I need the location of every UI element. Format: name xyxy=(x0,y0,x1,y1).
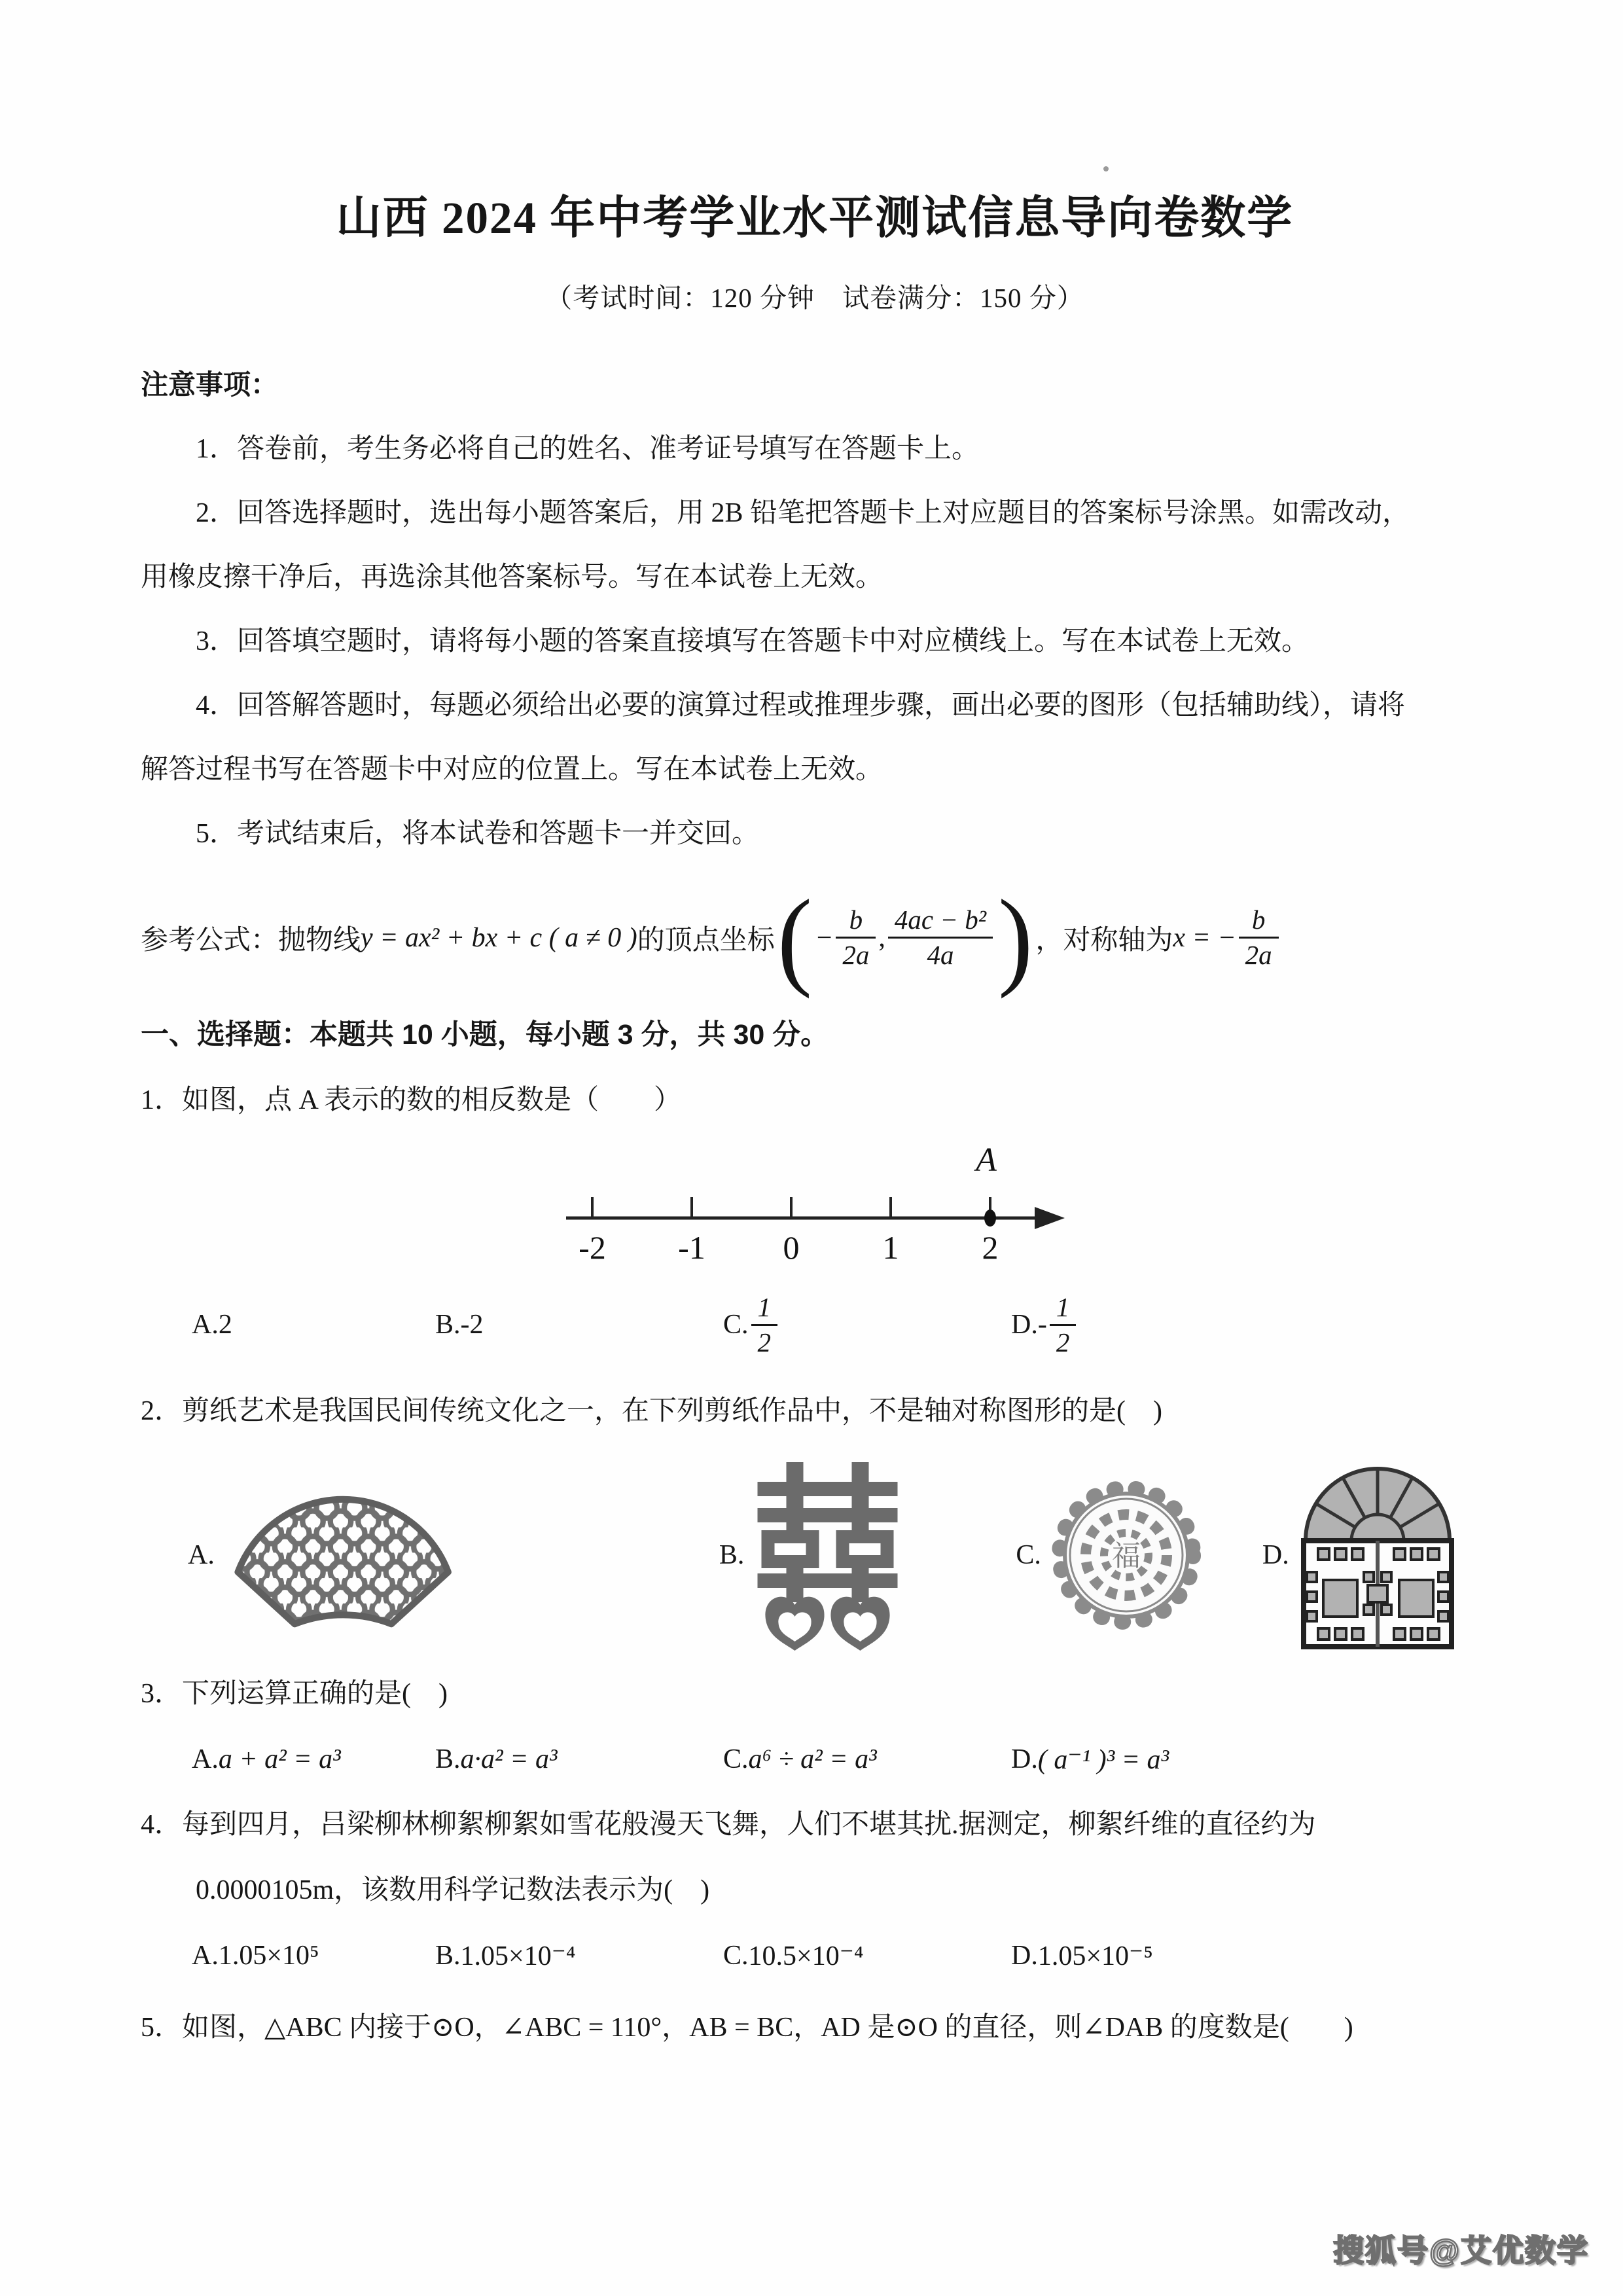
q2-option-c: C. 福 xyxy=(1009,1470,1205,1640)
axis-fraction: b 2a xyxy=(1239,903,1279,973)
q3-options: A.a + a² = a³ B.a·a² = a³ C.a⁶ ÷ a² = a³… xyxy=(141,1729,1489,1789)
option-fraction: 1 2 xyxy=(1050,1291,1077,1360)
tick-label: -1 xyxy=(678,1229,705,1266)
watermark-text: 搜狐号@艾优数学 xyxy=(1333,2227,1589,2270)
q1-option-b: B.-2 xyxy=(435,1309,723,1340)
page-title: 山西 2024 年中考学业水平测试信息导向卷数学 xyxy=(141,194,1489,243)
vertex-x-fraction: b 2a xyxy=(836,903,876,973)
q4-option-b: B.1.05×10⁻⁴ xyxy=(435,1939,723,1972)
q1-options: A.2 B.-2 C. 1 2 D. - 1 2 xyxy=(141,1274,1489,1376)
q3-option-a: A.a + a² = a³ xyxy=(192,1744,435,1775)
option-label: A. xyxy=(192,1744,219,1775)
q4-option-c: C.10.5×10⁻⁴ xyxy=(723,1939,1011,1972)
q2-stem: 2．剪纸艺术是我国民间传统文化之一，在下列剪纸作品中，不是轴对称图形的是( ) xyxy=(141,1378,1489,1444)
note-item-4-line-2: 解答过程书写在答题卡中对应的位置上。写在本试卷上无效。 xyxy=(141,738,1489,802)
papercut-double-happiness-image xyxy=(751,1457,904,1653)
option-value: 2 xyxy=(219,1309,232,1340)
q4-options: A.1.05×10⁵ B.1.05×10⁻⁴ C.10.5×10⁻⁴ D.1.0… xyxy=(141,1926,1489,1986)
scan-speck-dot xyxy=(1103,166,1109,171)
q2-option-b: B. xyxy=(719,1457,905,1653)
axis-arrowhead xyxy=(1035,1207,1065,1229)
note-item-4-line-1: 4．回答解答题时，每题必须给出必要的演算过程或推理步骤，画出必要的图形（包括辅助… xyxy=(141,673,1489,738)
option-value: a⁶ ÷ a² = a³ xyxy=(749,1744,877,1775)
reference-formula: 参考公式：抛物线 y = ax² + bx + c ( a ≠ 0 ) 的顶点坐… xyxy=(141,882,1489,994)
formula-parabola-expression: y = ax² + bx + c ( a ≠ 0 ) xyxy=(361,922,637,954)
number-line-figure: -2 -1 0 1 2 A xyxy=(553,1134,1077,1272)
fraction-denominator: 4a xyxy=(888,937,993,972)
q4-option-a: A.1.05×10⁵ xyxy=(192,1940,435,1971)
option-label: A. xyxy=(192,1309,219,1340)
formula-minus-sign: − xyxy=(815,922,833,954)
option-value: a·a² = a³ xyxy=(461,1744,558,1775)
medallion-center-character: 福 xyxy=(1112,1540,1141,1572)
formula-prefix: 参考公式：抛物线 xyxy=(141,918,361,958)
q1-option-c: C. 1 2 xyxy=(723,1291,1011,1360)
q1-stem: 1．如图，点 A 表示的数的相反数是（ ） xyxy=(141,1067,1489,1133)
fraction-numerator: 1 xyxy=(1050,1291,1077,1324)
option-label: D. xyxy=(1011,1940,1038,1971)
note-item-2-line-1: 2．回答选择题时，选出每小题答案后，用 2B 铅笔把答题卡上对应题目的答案标号涂… xyxy=(141,481,1489,545)
option-value: ( a⁻¹ )³ = a³ xyxy=(1038,1743,1169,1776)
option-value: 1.05×10⁻⁴ xyxy=(461,1939,576,1972)
q3-option-c: C.a⁶ ÷ a² = a³ xyxy=(723,1744,1011,1775)
option-label: A. xyxy=(192,1940,219,1971)
option-value: 10.5×10⁻⁴ xyxy=(749,1939,864,1972)
option-label: B. xyxy=(435,1940,461,1971)
exam-info-line: （考试时间：120 分钟 试卷满分：150 分） xyxy=(141,276,1489,315)
note-item-1: 1．答卷前，考生务必将自己的姓名、准考证号填写在答题卡上。 xyxy=(141,417,1489,481)
exam-paper-page: 山西 2024 年中考学业水平测试信息导向卷数学 （考试时间：120 分钟 试卷… xyxy=(0,0,1623,2296)
minus-sign: - xyxy=(1038,1309,1047,1340)
option-value: a + a² = a³ xyxy=(219,1744,341,1775)
fraction-numerator: b xyxy=(1239,903,1279,937)
papercut-window-image xyxy=(1296,1457,1459,1653)
papercut-medallion-image: 福 xyxy=(1048,1470,1205,1640)
option-label: B. xyxy=(719,1539,745,1571)
formula-vertex-label: 的顶点坐标 xyxy=(637,918,775,958)
option-fraction: 1 2 xyxy=(751,1291,778,1360)
q4-stem-line-2: 0.0000105m，该数用科学记数法表示为( ) xyxy=(141,1857,1489,1923)
option-value: -2 xyxy=(461,1309,484,1340)
tick-label: 0 xyxy=(783,1229,800,1266)
fraction-numerator: 1 xyxy=(751,1291,778,1324)
q2-option-a: A. xyxy=(188,1477,467,1634)
q2-options-images: A. B. xyxy=(141,1454,1489,1656)
tick-label: 2 xyxy=(982,1229,999,1266)
q3-option-b: B.a·a² = a³ xyxy=(435,1744,723,1775)
option-label: B. xyxy=(435,1309,461,1340)
option-label: C. xyxy=(1016,1539,1041,1571)
q3-option-d: D.( a⁻¹ )³ = a³ xyxy=(1011,1743,1169,1776)
option-label: D. xyxy=(1011,1744,1038,1775)
note-item-5: 5．考试结束后，将本试卷和答题卡一并交回。 xyxy=(141,802,1489,866)
note-item-2-line-2: 用橡皮擦干净后，再选涂其他答案标号。写在本试卷上无效。 xyxy=(141,545,1489,609)
q1-figure: -2 -1 0 1 2 A xyxy=(141,1134,1489,1272)
tick-label: -2 xyxy=(579,1229,606,1266)
point-a-dot xyxy=(984,1210,996,1227)
q5-stem: 5．如图，△ABC 内接于⊙O，∠ABC = 110°，AB = BC，AD 是… xyxy=(141,1995,1489,2060)
option-label: B. xyxy=(435,1744,461,1775)
fraction-denominator: 2 xyxy=(751,1324,778,1359)
q4-option-d: D.1.05×10⁻⁵ xyxy=(1011,1939,1153,1972)
q1-option-a: A.2 xyxy=(192,1309,435,1340)
option-value: 1.05×10⁻⁵ xyxy=(1038,1939,1153,1972)
formula-axis-equation: x = − xyxy=(1173,922,1236,954)
fraction-denominator: 2a xyxy=(836,937,876,972)
point-a-label: A xyxy=(974,1141,997,1179)
option-label: D. xyxy=(1011,1309,1038,1340)
option-label: C. xyxy=(723,1309,749,1340)
fraction-denominator: 2 xyxy=(1050,1324,1077,1359)
q1-option-d: D. - 1 2 xyxy=(1011,1291,1079,1360)
formula-comma: , xyxy=(878,922,885,954)
option-label: C. xyxy=(723,1940,749,1971)
section-1-heading: 一、选择题：本题共 10 小题，每小题 3 分，共 30 分。 xyxy=(141,1002,1489,1067)
option-label: A. xyxy=(188,1539,215,1571)
option-label: C. xyxy=(723,1744,749,1775)
option-value: 1.05×10⁵ xyxy=(219,1940,319,1971)
fraction-numerator: 4ac − b² xyxy=(888,903,993,937)
vertex-y-fraction: 4ac − b² 4a xyxy=(888,903,993,973)
fraction-numerator: b xyxy=(836,903,876,937)
notes-section: 注意事项： 1．答卷前，考生务必将自己的姓名、准考证号填写在答题卡上。 2．回答… xyxy=(141,353,1489,866)
papercut-fan-image xyxy=(221,1477,467,1634)
fraction-denominator: 2a xyxy=(1239,937,1279,972)
formula-axis-label: ，对称轴为 xyxy=(1035,918,1173,958)
notes-heading: 注意事项： xyxy=(141,353,1489,417)
q2-option-d: D. xyxy=(1262,1457,1459,1653)
note-item-3: 3．回答填空题时，请将每小题的答案直接填写在答题卡中对应横线上。写在本试卷上无效… xyxy=(141,609,1489,673)
tick-label: 1 xyxy=(883,1229,899,1266)
q4-stem-line-1: 4．每到四月，吕梁柳林柳絮柳絮如雪花般漫天飞舞，人们不堪其扰.据测定，柳絮纤维的… xyxy=(141,1792,1489,1857)
q3-stem: 3．下列运算正确的是( ) xyxy=(141,1661,1489,1727)
option-label: D. xyxy=(1262,1539,1289,1571)
